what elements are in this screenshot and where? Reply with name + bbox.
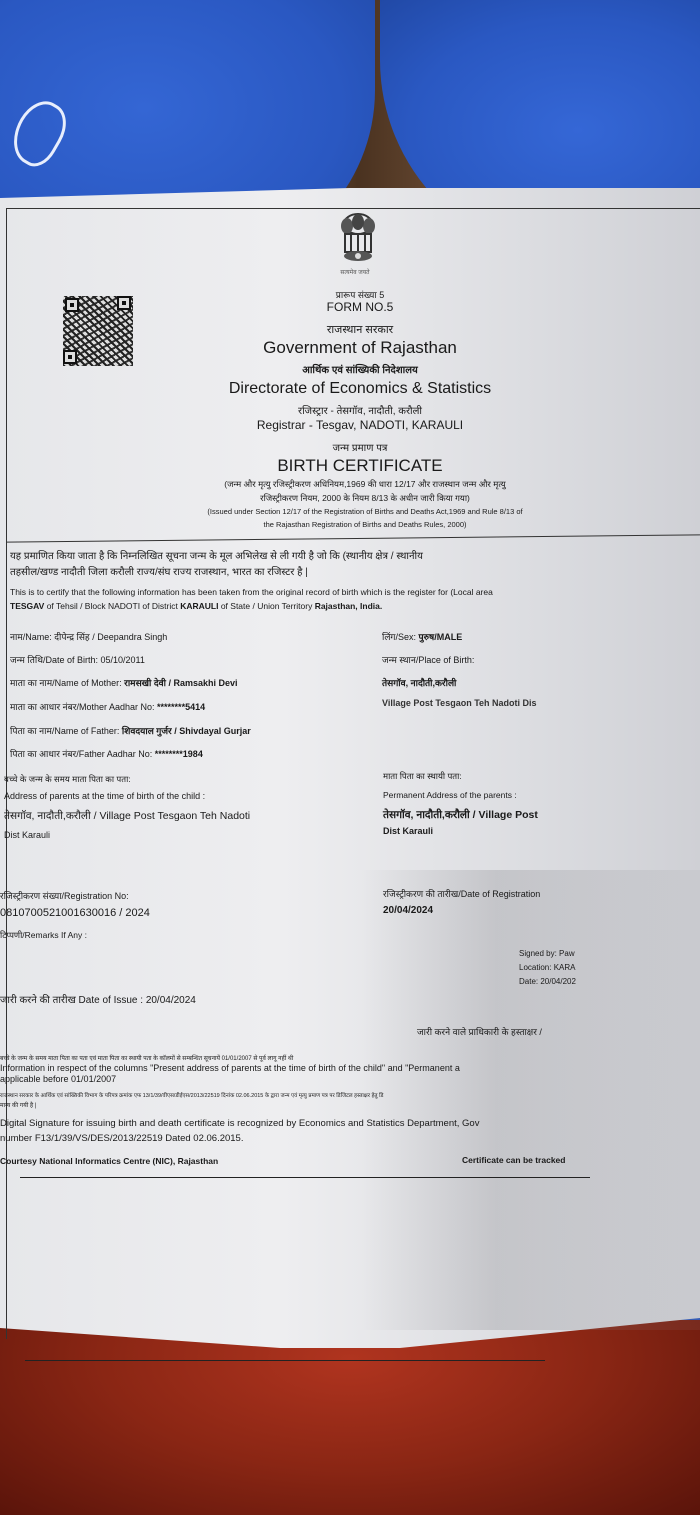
qr-finder-icon <box>63 350 77 364</box>
birth-address-line2: Dist Karauli <box>4 830 50 840</box>
remarks-label: टिप्पणी/Remarks If Any : <box>0 930 87 941</box>
certificate-title-hindi: जन्म प्रमाण पत्र <box>260 440 460 454</box>
issued-under-hindi-line1: (जन्म और मृत्यु रजिस्ट्रीकरण अधिनियम,196… <box>150 479 580 490</box>
father-aadhar-row: पिता का आधार नंबर/Father Aadhar No: ****… <box>10 747 203 760</box>
birth-address-line1: तेसगॉव, नादौती,करौली / Village Post Tesg… <box>4 809 250 823</box>
tracking-note: Certificate can be tracked <box>462 1155 565 1165</box>
page-bottom-border <box>25 1360 545 1361</box>
certify-english-line2: TESGAV of Tehsil / Block NADOTI of Distr… <box>10 601 382 611</box>
field-label: माता का नाम/Name of Mother: <box>10 678 122 688</box>
child-name-row: नाम/Name: दीपेन्द्र सिंह / Deepandra Sin… <box>10 630 167 643</box>
government-hindi: राजस्थान सरकार <box>260 322 460 337</box>
note-hindi-1: बच्चे के जन्म के समय माता पिता का पता एव… <box>0 1054 293 1062</box>
signature-location: Location: KARA <box>519 963 575 972</box>
sex-row: लिंग/Sex: पुरुष/MALE <box>382 630 462 643</box>
permanent-address-line2: Dist Karauli <box>383 826 433 836</box>
nic-courtesy: Courtesy National Informatics Centre (NI… <box>0 1156 218 1166</box>
digital-signature-order: number F13/1/39/VS/DES/2013/22519 Dated … <box>0 1133 243 1144</box>
field-label: माता का आधार नंबर/Mother Aadhar No: <box>10 702 155 712</box>
qr-finder-icon <box>65 298 79 312</box>
field-label: जारी करने की तारीख Date of Issue : <box>0 995 143 1006</box>
field-label: पिता का नाम/Name of Father: <box>10 726 119 736</box>
field-label: पिता का आधार नंबर/Father Aadhar No: <box>10 749 152 759</box>
emblem-caption: सत्यमेव जयते <box>300 268 410 276</box>
footer-divider <box>20 1177 590 1178</box>
directorate-hindi: आर्थिक एवं सांख्यिकी निदेशालय <box>220 362 500 376</box>
mother-aadhar: ********5414 <box>157 702 205 712</box>
issued-under-english-line2: the Rajasthan Registration of Births and… <box>150 520 580 529</box>
place-of-birth-label: जन्म स्थान/Place of Birth: <box>382 653 474 666</box>
date-of-birth: 05/10/2011 <box>101 655 145 665</box>
registration-number: 0810700521001630016 / 2024 <box>0 907 150 919</box>
registration-number-label: रजिस्ट्रीकरण संख्या/Registration No: <box>0 889 129 902</box>
birth-address-label: Address of parents at the time of birth … <box>4 791 205 801</box>
registrar-name: Registrar - Tesgav, NADOTI, KARAULI <box>220 418 500 432</box>
note-hindi-3: मान्य की गयी है | <box>0 1101 36 1109</box>
mother-name-row: माता का नाम/Name of Mother: रामसखी देवी … <box>10 676 238 689</box>
issue-date-row: जारी करने की तारीख Date of Issue : 20/04… <box>0 992 196 1006</box>
registration-date: 20/04/2024 <box>383 905 433 916</box>
field-label: जन्म तिथि/Date of Birth: <box>10 655 98 665</box>
dob-row: जन्म तिथि/Date of Birth: 05/10/2011 <box>10 653 145 666</box>
sex: पुरुष/MALE <box>419 632 463 642</box>
issue-date: 20/04/2024 <box>146 995 196 1006</box>
district: KARAULI <box>180 601 218 611</box>
local-area: TESGAV <box>10 601 44 611</box>
father-name: शिवदयाल गुर्जर / Shivdayal Gurjar <box>122 726 251 736</box>
place-of-birth-hindi: तेसगॉव, नादौती,करौली <box>382 676 456 689</box>
qr-finder-icon <box>117 296 131 310</box>
place-of-birth-english: Village Post Tesgaon Teh Nadoti Dis <box>382 698 537 708</box>
father-name-row: पिता का नाम/Name of Father: शिवदयाल गुर्… <box>10 724 251 737</box>
mother-aadhar-row: माता का आधार नंबर/Mother Aadhar No: ****… <box>10 700 205 713</box>
state: Rajasthan, India. <box>315 601 383 611</box>
certify-hindi-line2: तहसील/खण्ड नादौती जिला करौली राज्य/संघ र… <box>10 564 308 578</box>
signature-date: Date: 20/04/202 <box>519 977 576 986</box>
form-number: FORM NO.5 <box>260 300 460 314</box>
registration-date-label: रजिस्ट्रीकरण की तारीख/Date of Registrati… <box>383 887 540 900</box>
issued-under-hindi-line2: रजिस्ट्रीकरण नियम, 2000 के नियम 8/13 के … <box>150 493 580 504</box>
issuing-authority-signature-label: जारी करने वाले प्राधिकारी के हस्ताक्षर / <box>417 1025 542 1038</box>
certify-hindi-line1: यह प्रमाणित किया जाता है कि निम्नलिखित स… <box>10 548 423 562</box>
certify-text: of Tehsil / Block NADOTI of District <box>44 601 180 611</box>
government-name: Government of Rajasthan <box>220 338 500 358</box>
qr-code[interactable] <box>63 296 133 366</box>
background-red-fabric <box>0 1320 700 1515</box>
directorate-name: Directorate of Economics & Statistics <box>195 380 525 398</box>
digital-signature-note: Digital Signature for issuing birth and … <box>0 1118 479 1129</box>
mother-name: रामसखी देवी / Ramsakhi Devi <box>124 678 237 688</box>
national-emblem-icon <box>333 210 383 270</box>
registrar-hindi: रजिस्ट्रार - तेसगॉव, नादौती, करौली <box>220 403 500 417</box>
note-english-2: applicable before 01/01/2007 <box>0 1074 116 1084</box>
issued-under-english-line1: (Issued under Section 12/17 of the Regis… <box>150 507 580 516</box>
permanent-address-label-hindi: माता पिता का स्थायी पता: <box>383 771 462 782</box>
field-label: लिंग/Sex: <box>382 632 416 642</box>
field-label: नाम/Name: <box>10 632 52 642</box>
signed-by: Signed by: Paw <box>519 949 575 958</box>
child-name: दीपेन्द्र सिंह / Deepandra Singh <box>54 632 167 642</box>
certify-english-line1: This is to certify that the following in… <box>10 587 493 597</box>
permanent-address-label: Permanent Address of the parents : <box>383 790 517 800</box>
father-aadhar: ********1984 <box>155 749 203 759</box>
note-english-1: Information in respect of the columns "P… <box>0 1063 460 1073</box>
certify-text: of State / Union Territory <box>218 601 314 611</box>
certificate-title: BIRTH CERTIFICATE <box>220 456 500 476</box>
birth-address-label-hindi: बच्चे के जन्म के समय माता पिता का पता: <box>4 774 131 785</box>
note-hindi-2: राजस्थान सरकार के आर्थिक एवं सांख्यिकी व… <box>0 1091 383 1099</box>
permanent-address-line1: तेसगॉव, नादौती,करौली / Village Post <box>383 808 538 822</box>
